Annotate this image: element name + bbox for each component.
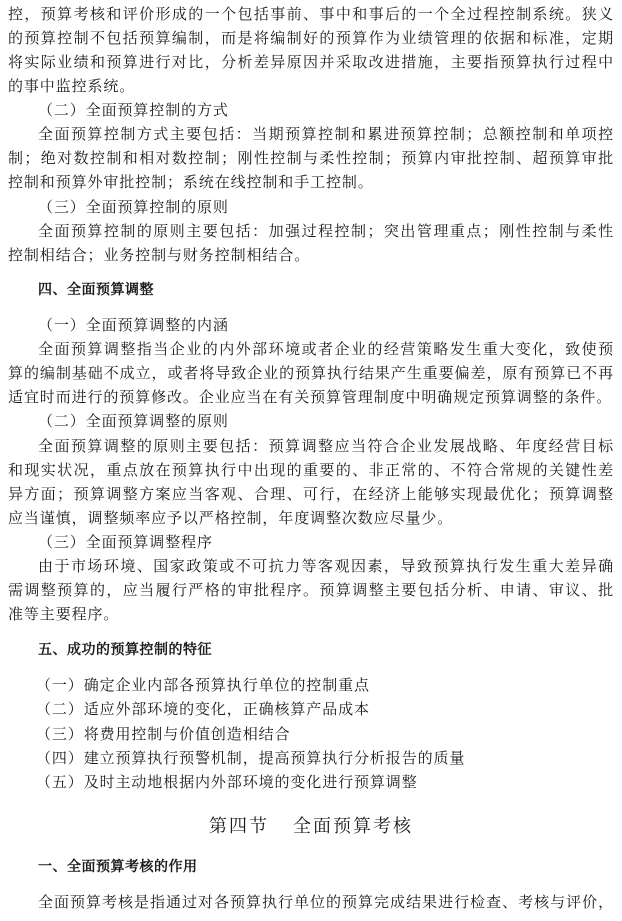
paragraph-line: 由于市场环境、国家政策或不可抗力等客观因素，导致预算执行发生重大差异确 — [38, 556, 614, 576]
paragraph-line: 的预算控制不包括预算编制，而是将编制好的预算作为业绩管理的依据和标准，定期 — [8, 28, 614, 48]
paragraph-line: 应当谨慎，调整频率应予以严格控制，年度调整次数应尽量少。 — [8, 508, 614, 528]
paragraph-line: 全面预算控制的原则主要包括：加强过程控制；突出管理重点；刚性控制与柔性 — [38, 221, 614, 241]
paragraph-line: 算的编制基础不成立，或者将导致企业的预算执行结果产生重要偏差，原有预算已不再 — [8, 363, 614, 383]
paragraph-line: 准等主要程序。 — [8, 604, 614, 624]
paragraph-line: 异方面；预算调整方案应当客观、合理、可行，在经济上能够实现最优化；预算调整 — [8, 484, 614, 504]
section-heading: 四、全面预算调整 — [38, 280, 622, 300]
paragraph-line: 控，预算考核和评价形成的一个包括事前、事中和事后的一个全过程控制系统。狭义 — [8, 4, 614, 24]
subsection-heading: （三）全面预算控制的原则 — [38, 197, 614, 217]
section-heading: 五、成功的预算控制的特征 — [38, 640, 622, 660]
chapter-number: 第四节 — [209, 816, 269, 837]
list-item: （二）适应外部环境的变化，正确核算产品成本 — [36, 699, 622, 719]
paragraph-line: 的事中监控系统。 — [8, 76, 614, 96]
subsection-heading: （一）全面预算调整的内涵 — [38, 315, 614, 335]
list-item: （五）及时主动地根据内外部环境的变化进行预算调整 — [36, 772, 622, 792]
paragraph-line: 全面预算控制方式主要包括：当期预算控制和累进预算控制；总额控制和单项控 — [38, 124, 614, 144]
subsection-heading: （二）全面预算调整的原则 — [38, 411, 614, 431]
paragraph-line: 将实际业绩和预算进行对比，分析差异原因并采取改进措施，主要指预算执行过程中 — [8, 52, 614, 72]
paragraph-line: 和现实状况，重点放在预算执行中出现的重要的、非正常的、不符合常规的关键性差 — [8, 460, 614, 480]
paragraph-line: 全面预算考核是指通过对各预算执行单位的预算完成结果进行检查、考核与评价， — [38, 892, 614, 912]
list-item: （三）将费用控制与价值创造相结合 — [36, 724, 622, 744]
paragraph-line: 全面预算调整指当企业的内外部环境或者企业的经营策略发生重大变化，致使预 — [38, 339, 614, 359]
list-item: （一）确定企业内部各预算执行单位的控制重点 — [36, 675, 622, 695]
paragraph-line: 控制相结合；业务控制与财务控制相结合。 — [8, 245, 614, 265]
list-item: （四）建立预算执行预警机制，提高预算执行分析报告的质量 — [36, 748, 622, 768]
paragraph-line: 控制和预算外审批控制；系统在线控制和手工控制。 — [8, 172, 614, 192]
chapter-title: 第四节全面预算考核 — [0, 816, 622, 838]
section-heading: 一、全面预算考核的作用 — [38, 857, 622, 877]
subsection-heading: （二）全面预算控制的方式 — [38, 100, 614, 120]
subsection-heading: （三）全面预算调整程序 — [38, 532, 614, 552]
chapter-name: 全面预算考核 — [293, 816, 413, 837]
paragraph-line: 全面预算调整的原则主要包括：预算调整应当符合企业发展战略、年度经营目标 — [38, 436, 614, 456]
paragraph-line: 适宜时而进行的预算修改。企业应当在有关预算管理制度中明确规定预算调整的条件。 — [8, 387, 614, 407]
paragraph-line: 制；绝对数控制和相对数控制；刚性控制与柔性控制；预算内审批控制、超预算审批 — [8, 148, 614, 168]
paragraph-line: 需调整预算的，应当履行严格的审批程序。预算调整主要包括分析、申请、审议、批 — [8, 580, 614, 600]
